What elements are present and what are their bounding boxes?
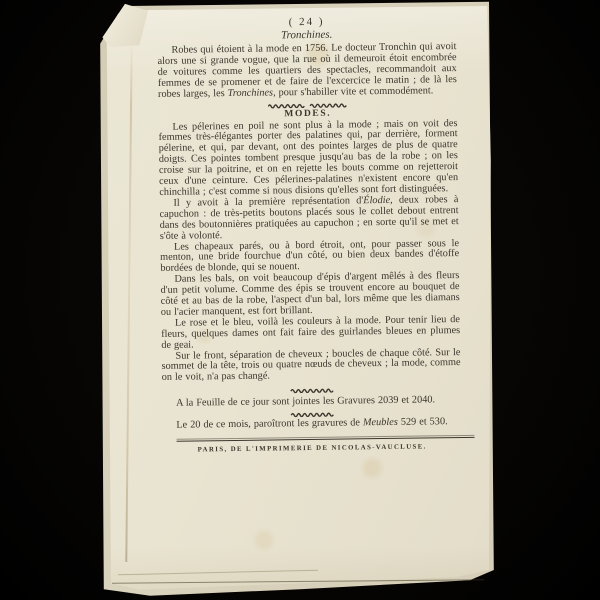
page-content: ( 24 ) Tronchines. Robes qui étoient à l…	[157, 14, 462, 454]
paragraph: Le rose et le bleu, voilà les couleurs à…	[161, 315, 460, 352]
notice-gravures: A la Feuille de ce jour sont jointes les…	[162, 395, 461, 410]
paragraph: Dans les bals, on voit beaucoup d'épis d…	[160, 271, 460, 319]
squiggle-divider	[290, 411, 334, 418]
photo-background: ( 24 ) Tronchines. Robes qui étoient à l…	[0, 0, 600, 600]
squiggle-divider	[268, 101, 348, 108]
imprint-rule	[177, 435, 475, 442]
article-title: Tronchines.	[157, 27, 456, 43]
paragraph: Les pélerines en poil ne sont plus à la …	[158, 119, 458, 199]
paragraph: Il y avoit à la première représentation …	[159, 195, 459, 243]
body-paragraphs: Les pélerines en poil ne sont plus à la …	[158, 119, 460, 385]
paragraph: Les chapeaux parés, ou à bord étroit, on…	[160, 239, 459, 276]
paragraph: Sur le front, séparation de cheveux ; bo…	[161, 348, 460, 385]
notice-meubles: Le 20 de ce mois, paroîtront les gravure…	[162, 417, 461, 432]
squiggle-divider	[289, 387, 333, 394]
intro-paragraph: Robes qui étoient à la mode en 1756. Le …	[157, 42, 457, 100]
